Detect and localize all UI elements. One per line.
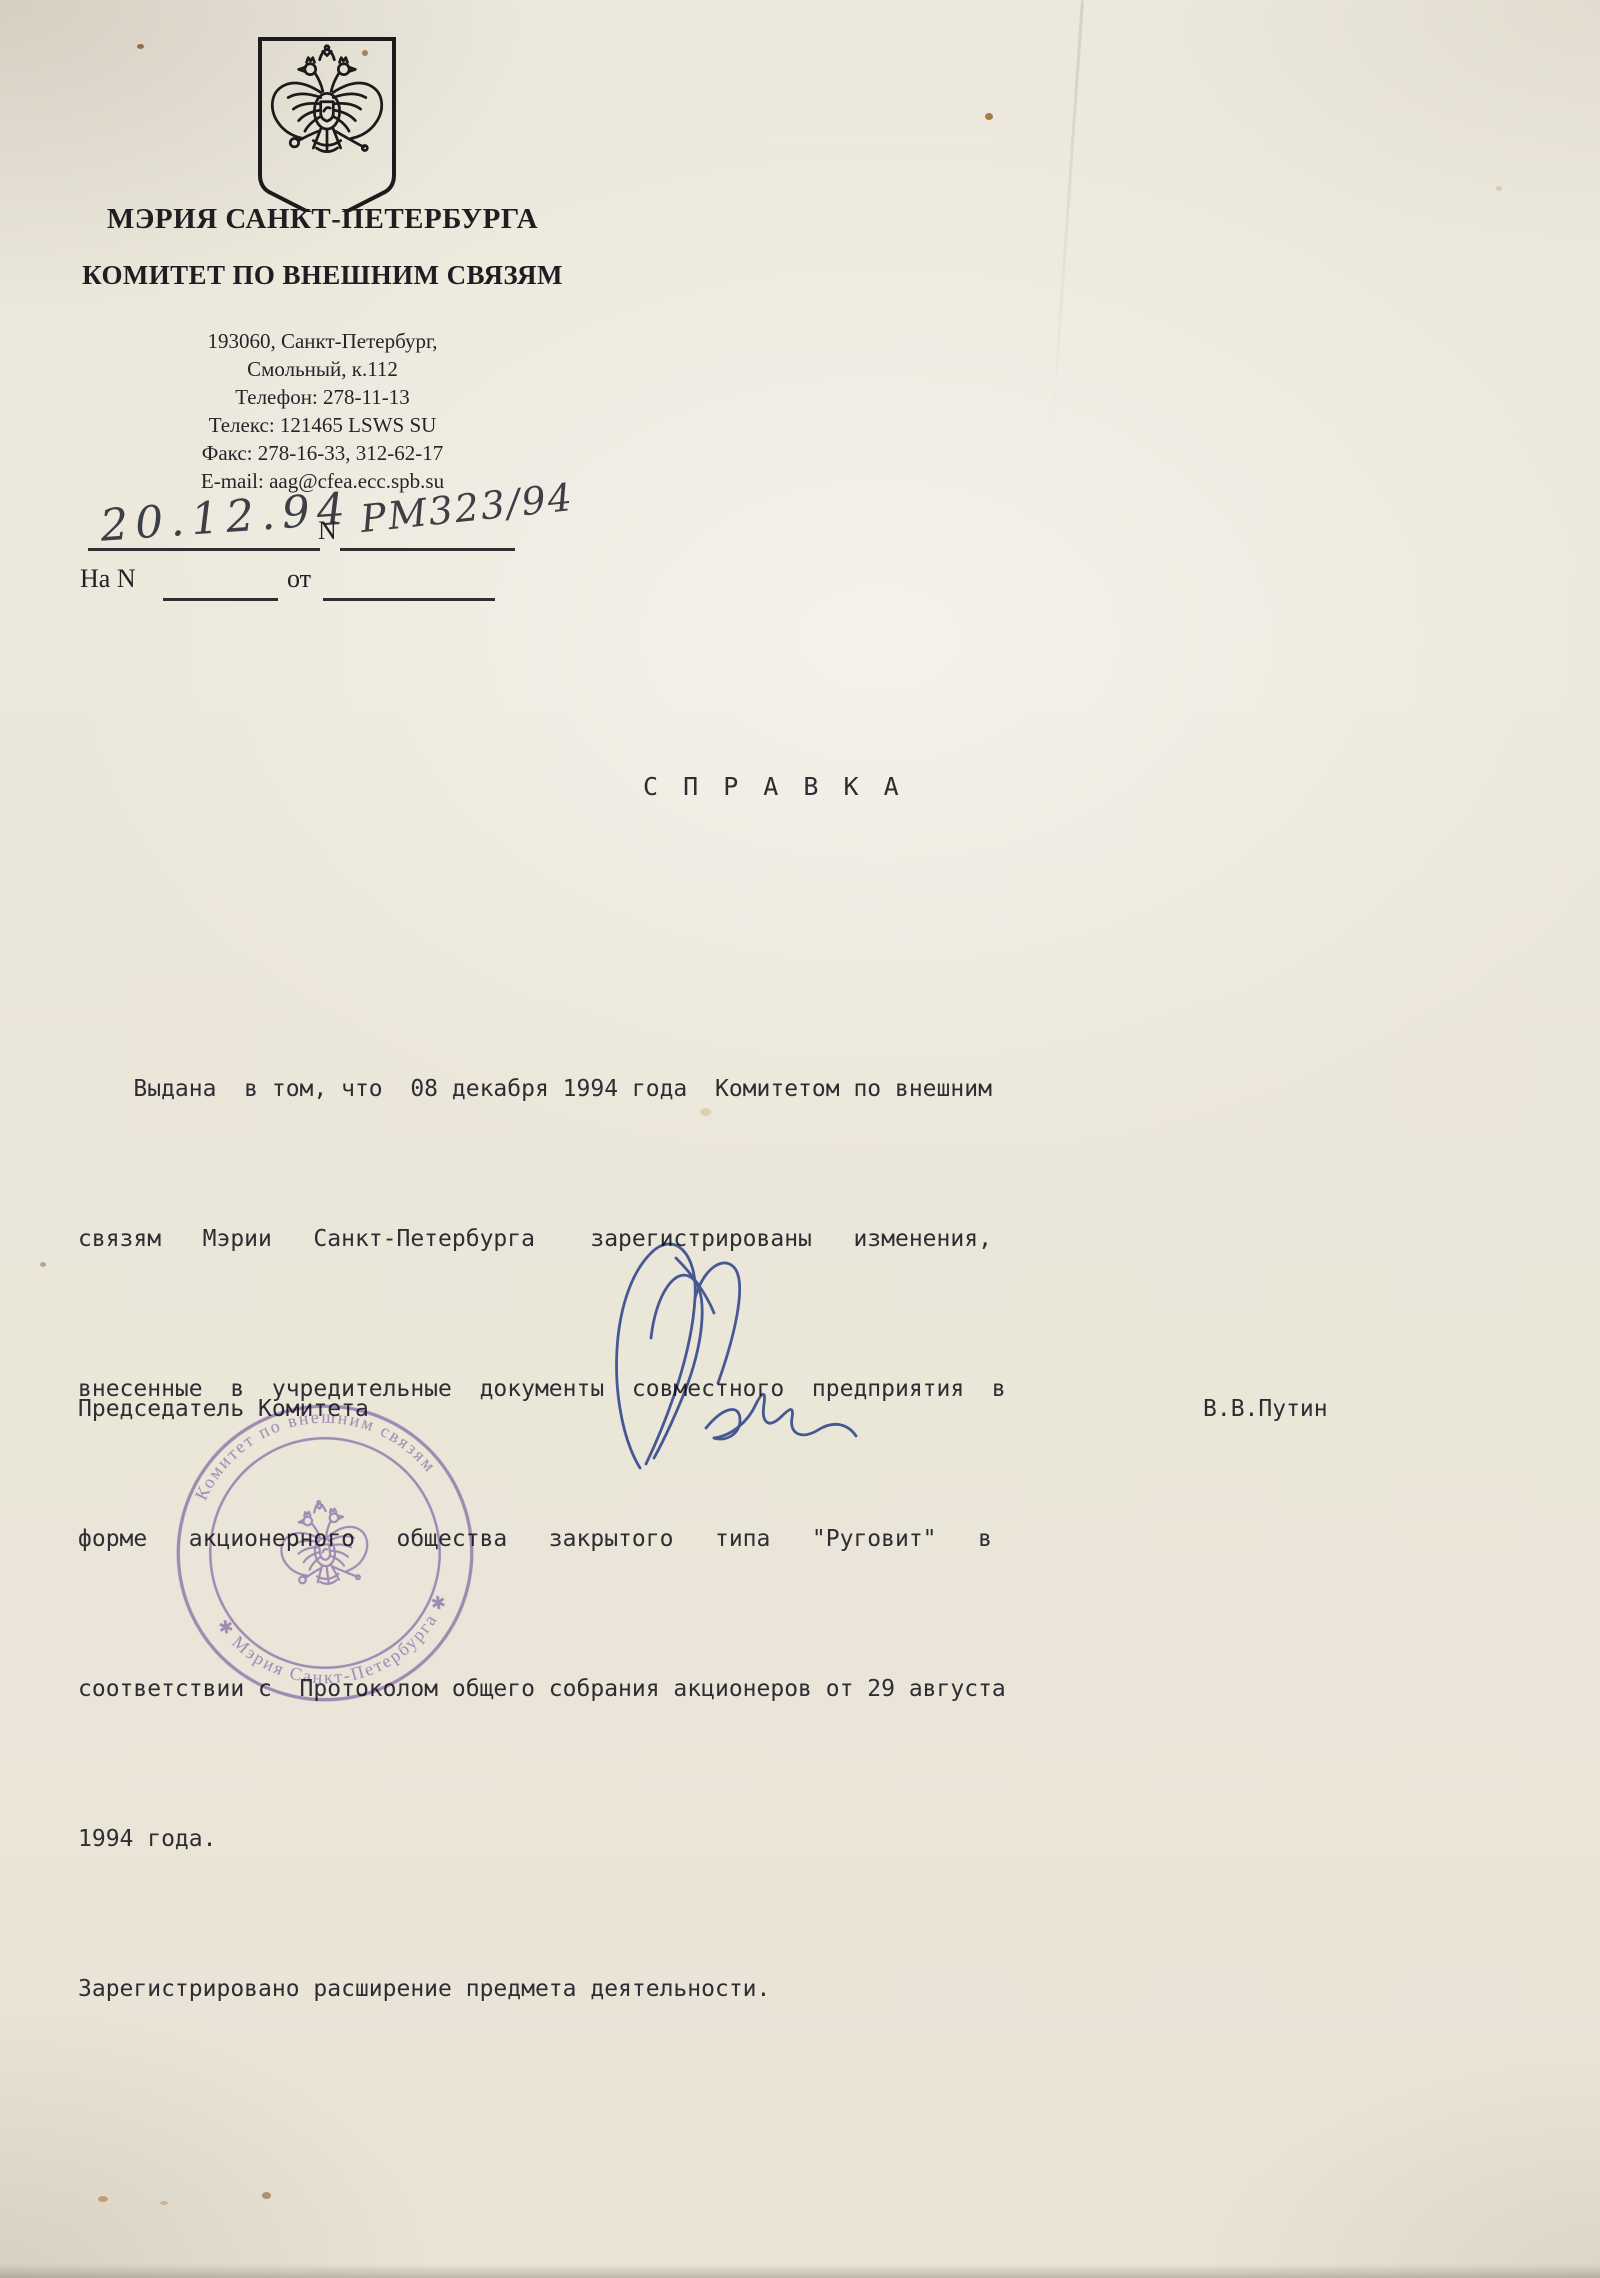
reply-number-underline bbox=[163, 598, 278, 601]
date-underline bbox=[88, 548, 320, 551]
stamp-bottom-text: ✱ Мэрия Санкт-Петербурга ✱ bbox=[212, 1588, 461, 1701]
signature-ink bbox=[556, 1218, 896, 1488]
paper-stain bbox=[1496, 186, 1502, 191]
number-label: N bbox=[318, 516, 337, 546]
paper-stain bbox=[160, 2201, 168, 2205]
paper-stain bbox=[137, 44, 144, 49]
reply-label: На N bbox=[80, 564, 136, 594]
address-line: Факс: 278-16-33, 312-62-17 bbox=[0, 439, 645, 467]
paper-stain bbox=[262, 2192, 271, 2199]
stamp-eagle-emblem bbox=[276, 1496, 372, 1589]
paper-stain bbox=[98, 2196, 108, 2202]
body-line: Зарегистрировано расширение предмета дея… bbox=[78, 1964, 1006, 2014]
address-line: 193060, Санкт-Петербург, bbox=[0, 327, 645, 355]
paper-stain bbox=[362, 50, 368, 56]
paper-stain bbox=[40, 1262, 46, 1267]
body-line: Выдана в том, что 08 декабря 1994 года К… bbox=[78, 1064, 1006, 1114]
address-line: Телекс: 121465 LSWS SU bbox=[0, 411, 645, 439]
signer-name: В.В.Путин bbox=[1203, 1396, 1328, 1422]
reply-date-underline bbox=[323, 598, 495, 601]
body-line: 1994 года. bbox=[78, 1814, 1006, 1864]
double-headed-eagle-icon bbox=[272, 46, 381, 152]
address-block: 193060, Санкт-Петербург, Смольный, к.112… bbox=[0, 327, 645, 495]
address-line: Смольный, к.112 bbox=[0, 355, 645, 383]
paper-crease bbox=[1051, 0, 1084, 429]
paper-stain bbox=[985, 113, 993, 120]
address-line: Телефон: 278-11-13 bbox=[0, 383, 645, 411]
number-underline bbox=[340, 548, 515, 551]
document-page: МЭРИЯ САНКТ-ПЕТЕРБУРГА КОМИТЕТ ПО ВНЕШНИ… bbox=[0, 0, 1600, 2278]
official-stamp-seal: Комитет по внешним связям ✱ Мэрия Санкт-… bbox=[152, 1380, 497, 1725]
document-title: С П Р А В К А bbox=[643, 772, 904, 801]
department-name: КОМИТЕТ ПО ВНЕШНИМ СВЯЗЯМ bbox=[0, 260, 645, 291]
org-name: МЭРИЯ САНКТ-ПЕТЕРБУРГА bbox=[0, 203, 645, 236]
paper-stain bbox=[700, 1108, 711, 1116]
reply-from-label: от bbox=[287, 564, 311, 594]
coat-of-arms-icon bbox=[252, 34, 402, 212]
svg-text:✱ Мэрия Санкт-Петербурга ✱: ✱ Мэрия Санкт-Петербурга ✱ bbox=[212, 1588, 461, 1701]
